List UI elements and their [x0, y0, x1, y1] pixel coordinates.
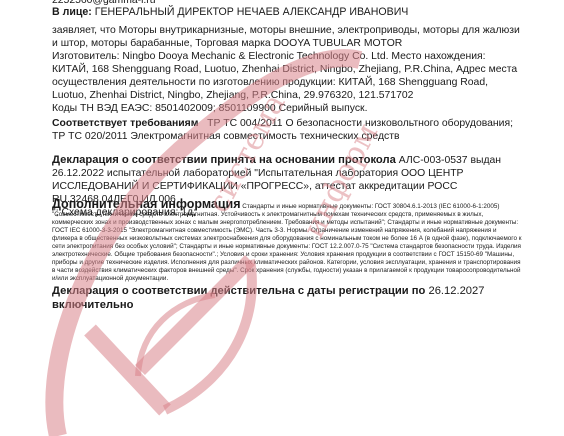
validity-suffix: включительно [52, 299, 134, 311]
validity-label: Декларация о соответствии действительна … [52, 285, 425, 297]
representative-line: В лице: ГЕНЕРАЛЬНЫЙ ДИРЕКТОР НЕЧАЕВ АЛЕК… [52, 6, 408, 19]
representative-value: ГЕНЕРАЛЬНЫЙ ДИРЕКТОР НЕЧАЕВ АЛЕКСАНДР ИВ… [95, 6, 409, 18]
requirements-label: Соответствует требованиям [52, 118, 198, 129]
requirements-section: Соответствует требованиям ТР ТС 004/2011… [52, 117, 522, 143]
representative-label: В лице: [52, 6, 92, 18]
declares-text: заявляет, что Моторы внутрикарнизные, мо… [52, 24, 522, 50]
product-section: заявляет, что Моторы внутрикарнизные, мо… [52, 24, 522, 115]
additional-info-label: Дополнительная информация [52, 197, 241, 211]
validity-section: Декларация о соответствии действительна … [52, 284, 522, 312]
validity-date: 26.12.2027 [428, 285, 484, 297]
codes-text: Коды ТН ВЭД ЕАЭС: 8501402009; 8501109900… [52, 102, 522, 115]
manufacturer-text: Изготовитель: Ningbo Dooya Mechanic & El… [52, 50, 522, 102]
stamp-k-stroke-1 [90, 330, 165, 410]
additional-info-value: Стандарты и иные нормативные документы: … [52, 203, 521, 282]
protocol-label: Декларация о соответствии принята на осн… [52, 154, 396, 166]
additional-info-section: Дополнительная информация Стандарты и ин… [52, 198, 522, 283]
